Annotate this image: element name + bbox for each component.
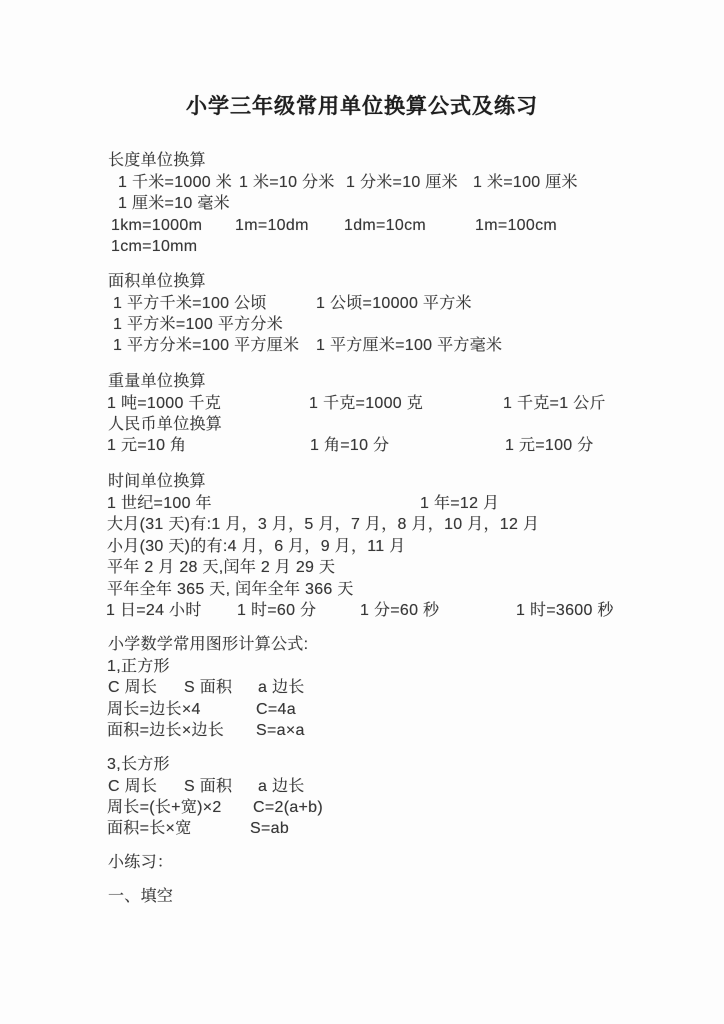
square-perimeter-formula: 周长=边长×4 (107, 700, 201, 720)
money-conversion: 1 角=10 分 (310, 436, 389, 456)
area-conversion: 1 公顷=10000 平方米 (316, 294, 472, 314)
length-conversion-metric: 1km=1000m (111, 216, 202, 236)
time-conversion: 1 时=60 分 (237, 601, 316, 621)
time-conversion: 1 世纪=100 年 (107, 494, 212, 514)
time-conversion: 1 日=24 小时 (106, 601, 202, 621)
rectangle-legend: C 周长 (108, 777, 157, 797)
document-page: 小学三年级常用单位换算公式及练习 长度单位换算 1 千米=1000 米 1 米=… (0, 0, 724, 1024)
time-year-days: 平年全年 365 天, 闰年全年 366 天 (107, 580, 354, 600)
length-conversion-metric: 1cm=10mm (111, 237, 197, 257)
time-february: 平年 2 月 28 天,闰年 2 月 29 天 (107, 558, 335, 578)
area-conversion: 1 平方分米=100 平方厘米 (113, 336, 299, 356)
length-conversion: 1 米=10 分米 (239, 173, 335, 193)
money-section-header: 人民币单位换算 (108, 415, 222, 435)
page-title: 小学三年级常用单位换算公式及练习 (0, 90, 724, 120)
square-legend: C 周长 (108, 678, 157, 698)
length-conversion-metric: 1m=100cm (475, 216, 557, 236)
practice-item-fill-blank: 一、填空 (108, 887, 173, 907)
practice-section-header: 小练习： (108, 853, 173, 873)
length-section-header: 长度单位换算 (108, 151, 206, 171)
weight-section-header: 重量单位换算 (108, 372, 206, 392)
time-months-30: 小月(30 天)的有:4 月，6 月，9 月，11 月 (107, 537, 406, 557)
square-perimeter-formula: C=4a (256, 700, 296, 720)
area-conversion: 1 平方厘米=100 平方毫米 (316, 336, 502, 356)
length-conversion-metric: 1dm=10cm (344, 216, 426, 236)
weight-conversion: 1 千克=1 公斤 (503, 394, 606, 414)
length-conversion: 1 厘米=10 毫米 (118, 194, 230, 214)
length-conversion: 1 分米=10 厘米 (346, 173, 458, 193)
time-section-header: 时间单位换算 (108, 472, 206, 492)
rectangle-legend: a 边长 (258, 777, 305, 797)
weight-conversion: 1 吨=1000 千克 (107, 394, 221, 414)
length-conversion: 1 米=100 厘米 (473, 173, 578, 193)
area-conversion: 1 平方米=100 平方分米 (113, 315, 283, 335)
square-label: 1,正方形 (107, 657, 170, 677)
money-conversion: 1 元=100 分 (505, 436, 594, 456)
rectangle-perimeter-formula: 周长=(长+宽)×2 (107, 798, 222, 818)
square-area-formula: 面积=边长×边长 (107, 721, 224, 741)
rectangle-legend: S 面积 (184, 777, 232, 797)
time-conversion: 1 分=60 秒 (360, 601, 439, 621)
length-conversion: 1 千米=1000 米 (118, 173, 232, 193)
area-conversion: 1 平方千米=100 公顷 (113, 294, 267, 314)
square-legend: a 边长 (258, 678, 305, 698)
money-conversion: 1 元=10 角 (107, 436, 186, 456)
length-conversion-metric: 1m=10dm (235, 216, 309, 236)
time-months-31: 大月(31 天)有:1 月，3 月，5 月，7 月，8 月，10 月，12 月 (107, 515, 539, 535)
formulas-section-header: 小学数学常用图形计算公式: (108, 635, 308, 655)
rectangle-area-formula: S=ab (250, 819, 289, 839)
rectangle-area-formula: 面积=长×宽 (107, 819, 192, 839)
weight-conversion: 1 千克=1000 克 (309, 394, 423, 414)
rectangle-perimeter-formula: C=2(a+b) (253, 798, 323, 818)
area-section-header: 面积单位换算 (108, 272, 206, 292)
rectangle-label: 3,长方形 (107, 755, 170, 775)
square-area-formula: S=a×a (256, 721, 305, 741)
time-conversion: 1 时=3600 秒 (516, 601, 614, 621)
time-conversion: 1 年=12 月 (420, 494, 499, 514)
square-legend: S 面积 (184, 678, 232, 698)
